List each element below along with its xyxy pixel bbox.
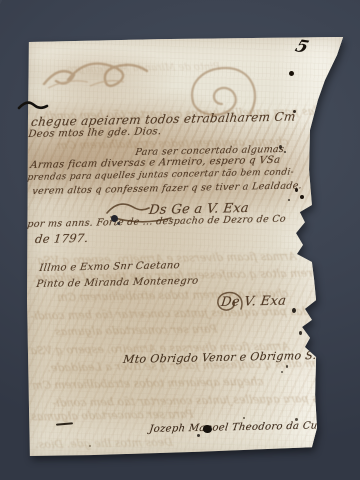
- manuscript-line: verem altos q confessem fazer q se tiver…: [32, 180, 303, 197]
- paper-shadow: Pinto de Miranda Montenegro prendas para…: [0, 0, 360, 480]
- date-line: por ms anns. Forte de ... despacho de De…: [27, 214, 287, 230]
- ink-blot: [111, 215, 118, 222]
- ink-blot: [284, 151, 286, 153]
- ink-blot: [295, 188, 298, 192]
- signature: Jozeph Manoel Theodoro da Cunha: [149, 420, 338, 435]
- ink-blot: [295, 418, 298, 421]
- manuscript-paper: Pinto de Miranda Montenegro prendas para…: [27, 37, 345, 456]
- bleed-through-line: Para ser concertado algumas: [30, 408, 194, 424]
- bleed-through-line: Deos mtos lhe gde. Dios.: [34, 436, 173, 451]
- signature-ink-blot: [203, 425, 212, 433]
- address-line: Pinto de Miranda Montenegro: [36, 276, 199, 290]
- bleed-through-line: chegue apeiarem todos etrabalharem Cm: [31, 375, 264, 392]
- ink-blot: [299, 331, 302, 335]
- ink-blot: [279, 145, 282, 149]
- courtesy-line: De V. Exa: [220, 294, 287, 310]
- folio-number: 5: [293, 37, 312, 57]
- bleed-through-line: prendas para aquelles juntas concertar t…: [30, 304, 336, 322]
- ink-blot: [286, 365, 288, 368]
- ink-blot: [293, 110, 296, 113]
- ink-blot: [289, 71, 294, 76]
- photo-background: Pinto de Miranda Montenegro prendas para…: [0, 0, 360, 480]
- ink-blot: [292, 308, 296, 313]
- ink-blot: [288, 199, 290, 201]
- ink-blot: [300, 195, 304, 199]
- bleed-through-line: prendas para aquelles juntas concertar t…: [52, 391, 345, 409]
- ink-blot: [281, 371, 283, 373]
- ink-blot: [117, 222, 120, 225]
- ink-blot: [197, 434, 200, 437]
- bleed-through-line: Para ser concertado algumas: [54, 323, 218, 339]
- pen-dash: [56, 422, 73, 425]
- year-line: de 1797.: [34, 231, 89, 246]
- bleed-through-line: Pinto de Miranda Montenegro: [66, 62, 220, 76]
- ink-blot: [243, 417, 245, 419]
- ink-speck: [89, 445, 91, 447]
